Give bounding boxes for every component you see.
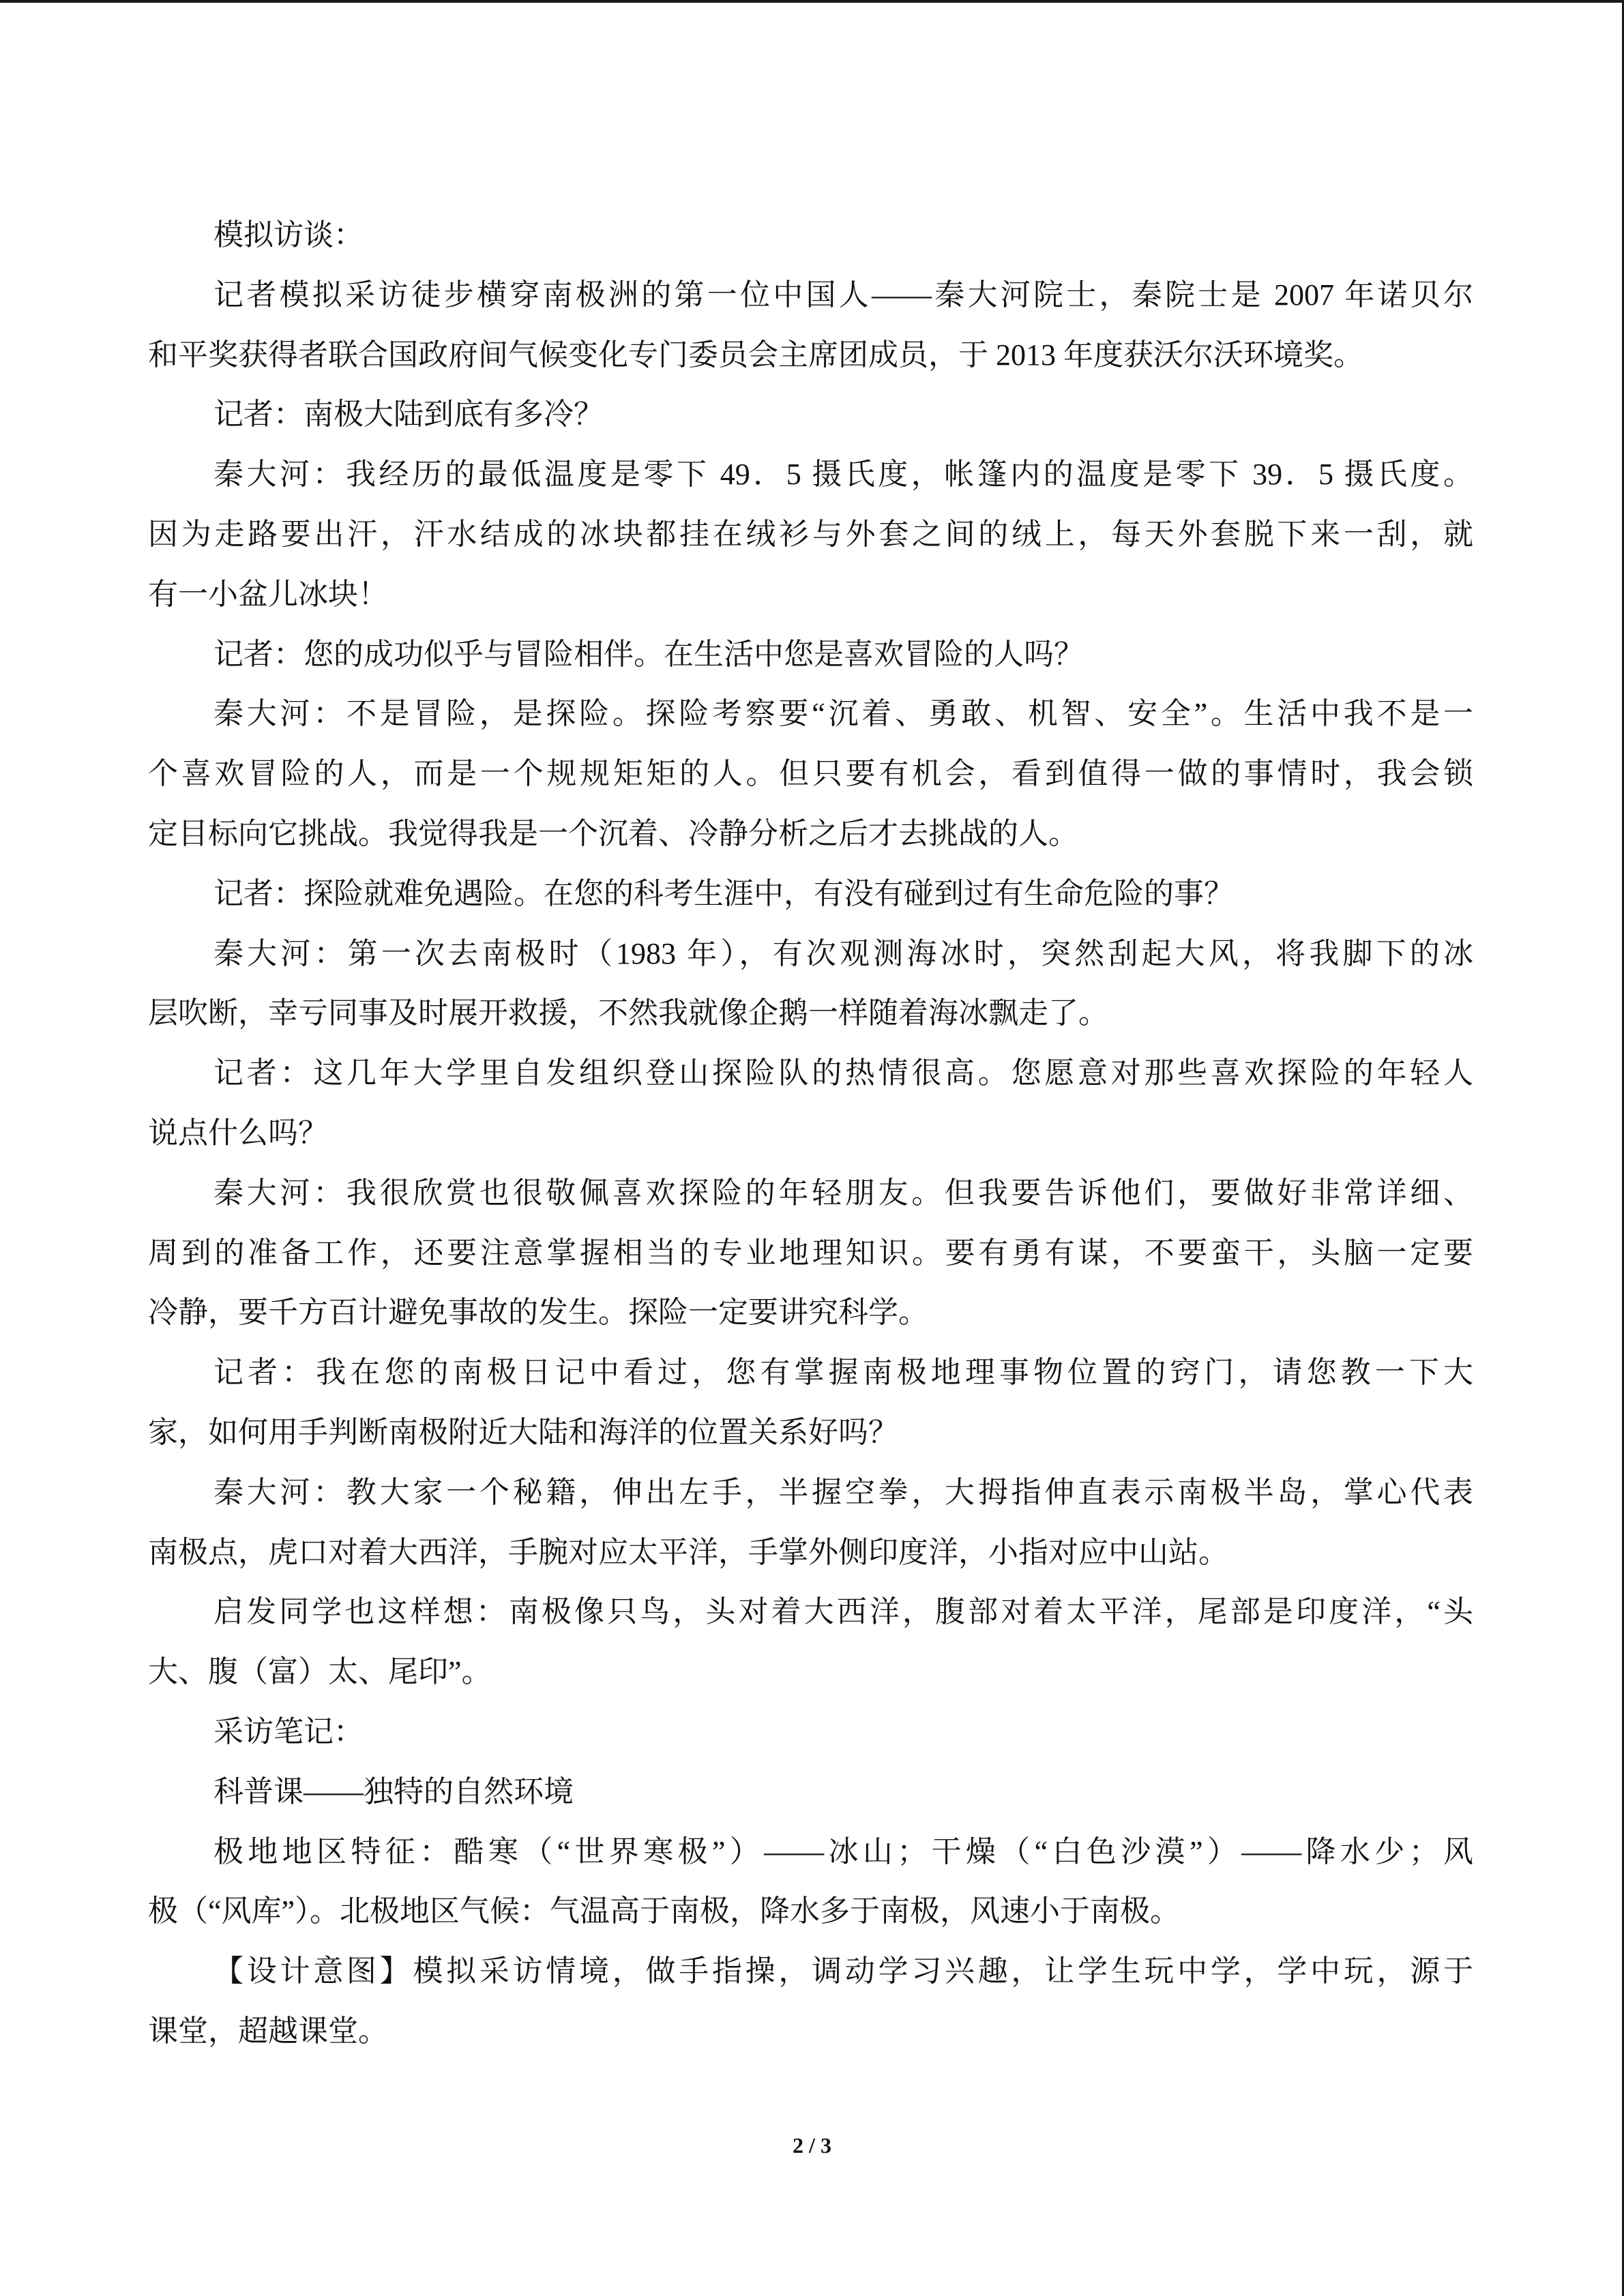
- paragraph-section-heading: 采访笔记：: [148, 1702, 1473, 1762]
- text-line: 定目标向它挑战。我觉得我是一个沉着、冷静分析之后才去挑战的人。: [148, 804, 1473, 864]
- text-line: 秦大河：不是冒险，是探险。探险考察要“沉着、勇敢、机智、安全”。生活中我不是一: [148, 684, 1473, 744]
- text-line: 周到的准备工作，还要注意掌握相当的专业地理知识。要有勇有谋，不要蛮干，头脑一定要: [148, 1223, 1473, 1283]
- text-line: 说点什么吗？: [148, 1103, 1473, 1163]
- paragraph-subheading: 科普课——独特的自然环境: [148, 1762, 1473, 1822]
- text-line: 记者：南极大陆到底有多冷？: [148, 385, 1473, 445]
- text-line: 启发同学也这样想：南极像只鸟，头对着大西洋，腹部对着太平洋，尾部是印度洋，“头: [148, 1582, 1473, 1642]
- text-line: 冷静，要千方百计避免事故的发生。探险一定要讲究科学。: [148, 1283, 1473, 1343]
- paragraph-design-intent: 【设计意图】模拟采访情境，做手指操，调动学习兴趣，让学生玩中学，学中玩，源于课堂…: [148, 1941, 1473, 2061]
- text-line: 科普课——独特的自然环境: [148, 1762, 1473, 1822]
- text-line: 极（“风库”）。北极地区气候：气温高于南极，降水多于南极，风速小于南极。: [148, 1881, 1473, 1941]
- text-line: 家，如何用手判断南极附近大陆和海洋的位置关系好吗？: [148, 1403, 1473, 1463]
- text-line: 因为走路要出汗，汗水结成的冰块都挂在绒衫与外套之间的绒上，每天外套脱下来一刮，就: [148, 505, 1473, 565]
- text-line: 秦大河：教大家一个秘籍，伸出左手，半握空拳，大拇指伸直表示南极半岛，掌心代表: [148, 1463, 1473, 1523]
- text-line: 和平奖获得者联合国政府间气候变化专门委员会主席团成员，于 2013 年度获沃尔沃…: [148, 325, 1473, 385]
- paragraph-section-heading: 模拟访谈：: [148, 205, 1473, 265]
- paragraph-answer: 秦大河：第一次去南极时（1983 年），有次观测海冰时，突然刮起大风，将我脚下的…: [148, 924, 1473, 1044]
- paragraph-answer: 秦大河：我很欣赏也很敬佩喜欢探险的年轻朋友。但我要告诉他们，要做好非常详细、周到…: [148, 1163, 1473, 1343]
- text-line: 个喜欢冒险的人，而是一个规规矩矩的人。但只要有机会，看到值得一做的事情时，我会锁: [148, 744, 1473, 804]
- document-body: 模拟访谈：记者模拟采访徒步横穿南极洲的第一位中国人——秦大河院士，秦院士是 20…: [148, 205, 1473, 2061]
- paragraph-note: 启发同学也这样想：南极像只鸟，头对着大西洋，腹部对着太平洋，尾部是印度洋，“头大…: [148, 1582, 1473, 1702]
- paragraph-summary: 极地地区特征：酷寒（“世界寒极”）——冰山；干燥（“白色沙漠”）——降水少；风极…: [148, 1822, 1473, 1942]
- paragraph-question: 记者：探险就难免遇险。在您的科考生涯中，有没有碰到过有生命危险的事？: [148, 864, 1473, 924]
- paragraph-answer: 秦大河：我经历的最低温度是零下 49．5 摄氏度，帐篷内的温度是零下 39．5 …: [148, 445, 1473, 624]
- paragraph-question: 记者：您的成功似乎与冒险相伴。在生活中您是喜欢冒险的人吗？: [148, 625, 1473, 685]
- paragraph-intro: 记者模拟采访徒步横穿南极洲的第一位中国人——秦大河院士，秦院士是 2007 年诺…: [148, 265, 1473, 385]
- text-line: 记者模拟采访徒步横穿南极洲的第一位中国人——秦大河院士，秦院士是 2007 年诺…: [148, 265, 1473, 325]
- text-line: 课堂，超越课堂。: [148, 2001, 1473, 2061]
- text-line: 模拟访谈：: [148, 205, 1473, 265]
- text-line: 极地地区特征：酷寒（“世界寒极”）——冰山；干燥（“白色沙漠”）——降水少；风: [148, 1822, 1473, 1882]
- paragraph-question: 记者：南极大陆到底有多冷？: [148, 385, 1473, 445]
- paragraph-answer: 秦大河：不是冒险，是探险。探险考察要“沉着、勇敢、机智、安全”。生活中我不是一个…: [148, 684, 1473, 863]
- paragraph-question: 记者：我在您的南极日记中看过，您有掌握南极地理事物位置的窍门，请您教一下大家，如…: [148, 1343, 1473, 1463]
- text-line: 秦大河：第一次去南极时（1983 年），有次观测海冰时，突然刮起大风，将我脚下的…: [148, 924, 1473, 984]
- page-number: 2 / 3: [0, 2133, 1624, 2158]
- text-line: 采访笔记：: [148, 1702, 1473, 1762]
- text-line: 记者：这几年大学里自发组织登山探险队的热情很高。您愿意对那些喜欢探险的年轻人: [148, 1043, 1473, 1103]
- text-line: 层吹断，幸亏同事及时展开救援，不然我就像企鹅一样随着海冰飘走了。: [148, 983, 1473, 1043]
- text-line: 【设计意图】模拟采访情境，做手指操，调动学习兴趣，让学生玩中学，学中玩，源于: [148, 1941, 1473, 2001]
- text-line: 秦大河：我经历的最低温度是零下 49．5 摄氏度，帐篷内的温度是零下 39．5 …: [148, 445, 1473, 505]
- text-line: 大、腹（富）太、尾印”。: [148, 1642, 1473, 1702]
- text-line: 秦大河：我很欣赏也很敬佩喜欢探险的年轻朋友。但我要告诉他们，要做好非常详细、: [148, 1163, 1473, 1223]
- text-line: 南极点，虎口对着大西洋，手腕对应太平洋，手掌外侧印度洋，小指对应中山站。: [148, 1523, 1473, 1583]
- text-line: 记者：您的成功似乎与冒险相伴。在生活中您是喜欢冒险的人吗？: [148, 625, 1473, 685]
- text-line: 有一小盆儿冰块！: [148, 565, 1473, 625]
- paragraph-question: 记者：这几年大学里自发组织登山探险队的热情很高。您愿意对那些喜欢探险的年轻人说点…: [148, 1043, 1473, 1163]
- text-line: 记者：探险就难免遇险。在您的科考生涯中，有没有碰到过有生命危险的事？: [148, 864, 1473, 924]
- text-line: 记者：我在您的南极日记中看过，您有掌握南极地理事物位置的窍门，请您教一下大: [148, 1343, 1473, 1403]
- paragraph-answer: 秦大河：教大家一个秘籍，伸出左手，半握空拳，大拇指伸直表示南极半岛，掌心代表南极…: [148, 1463, 1473, 1583]
